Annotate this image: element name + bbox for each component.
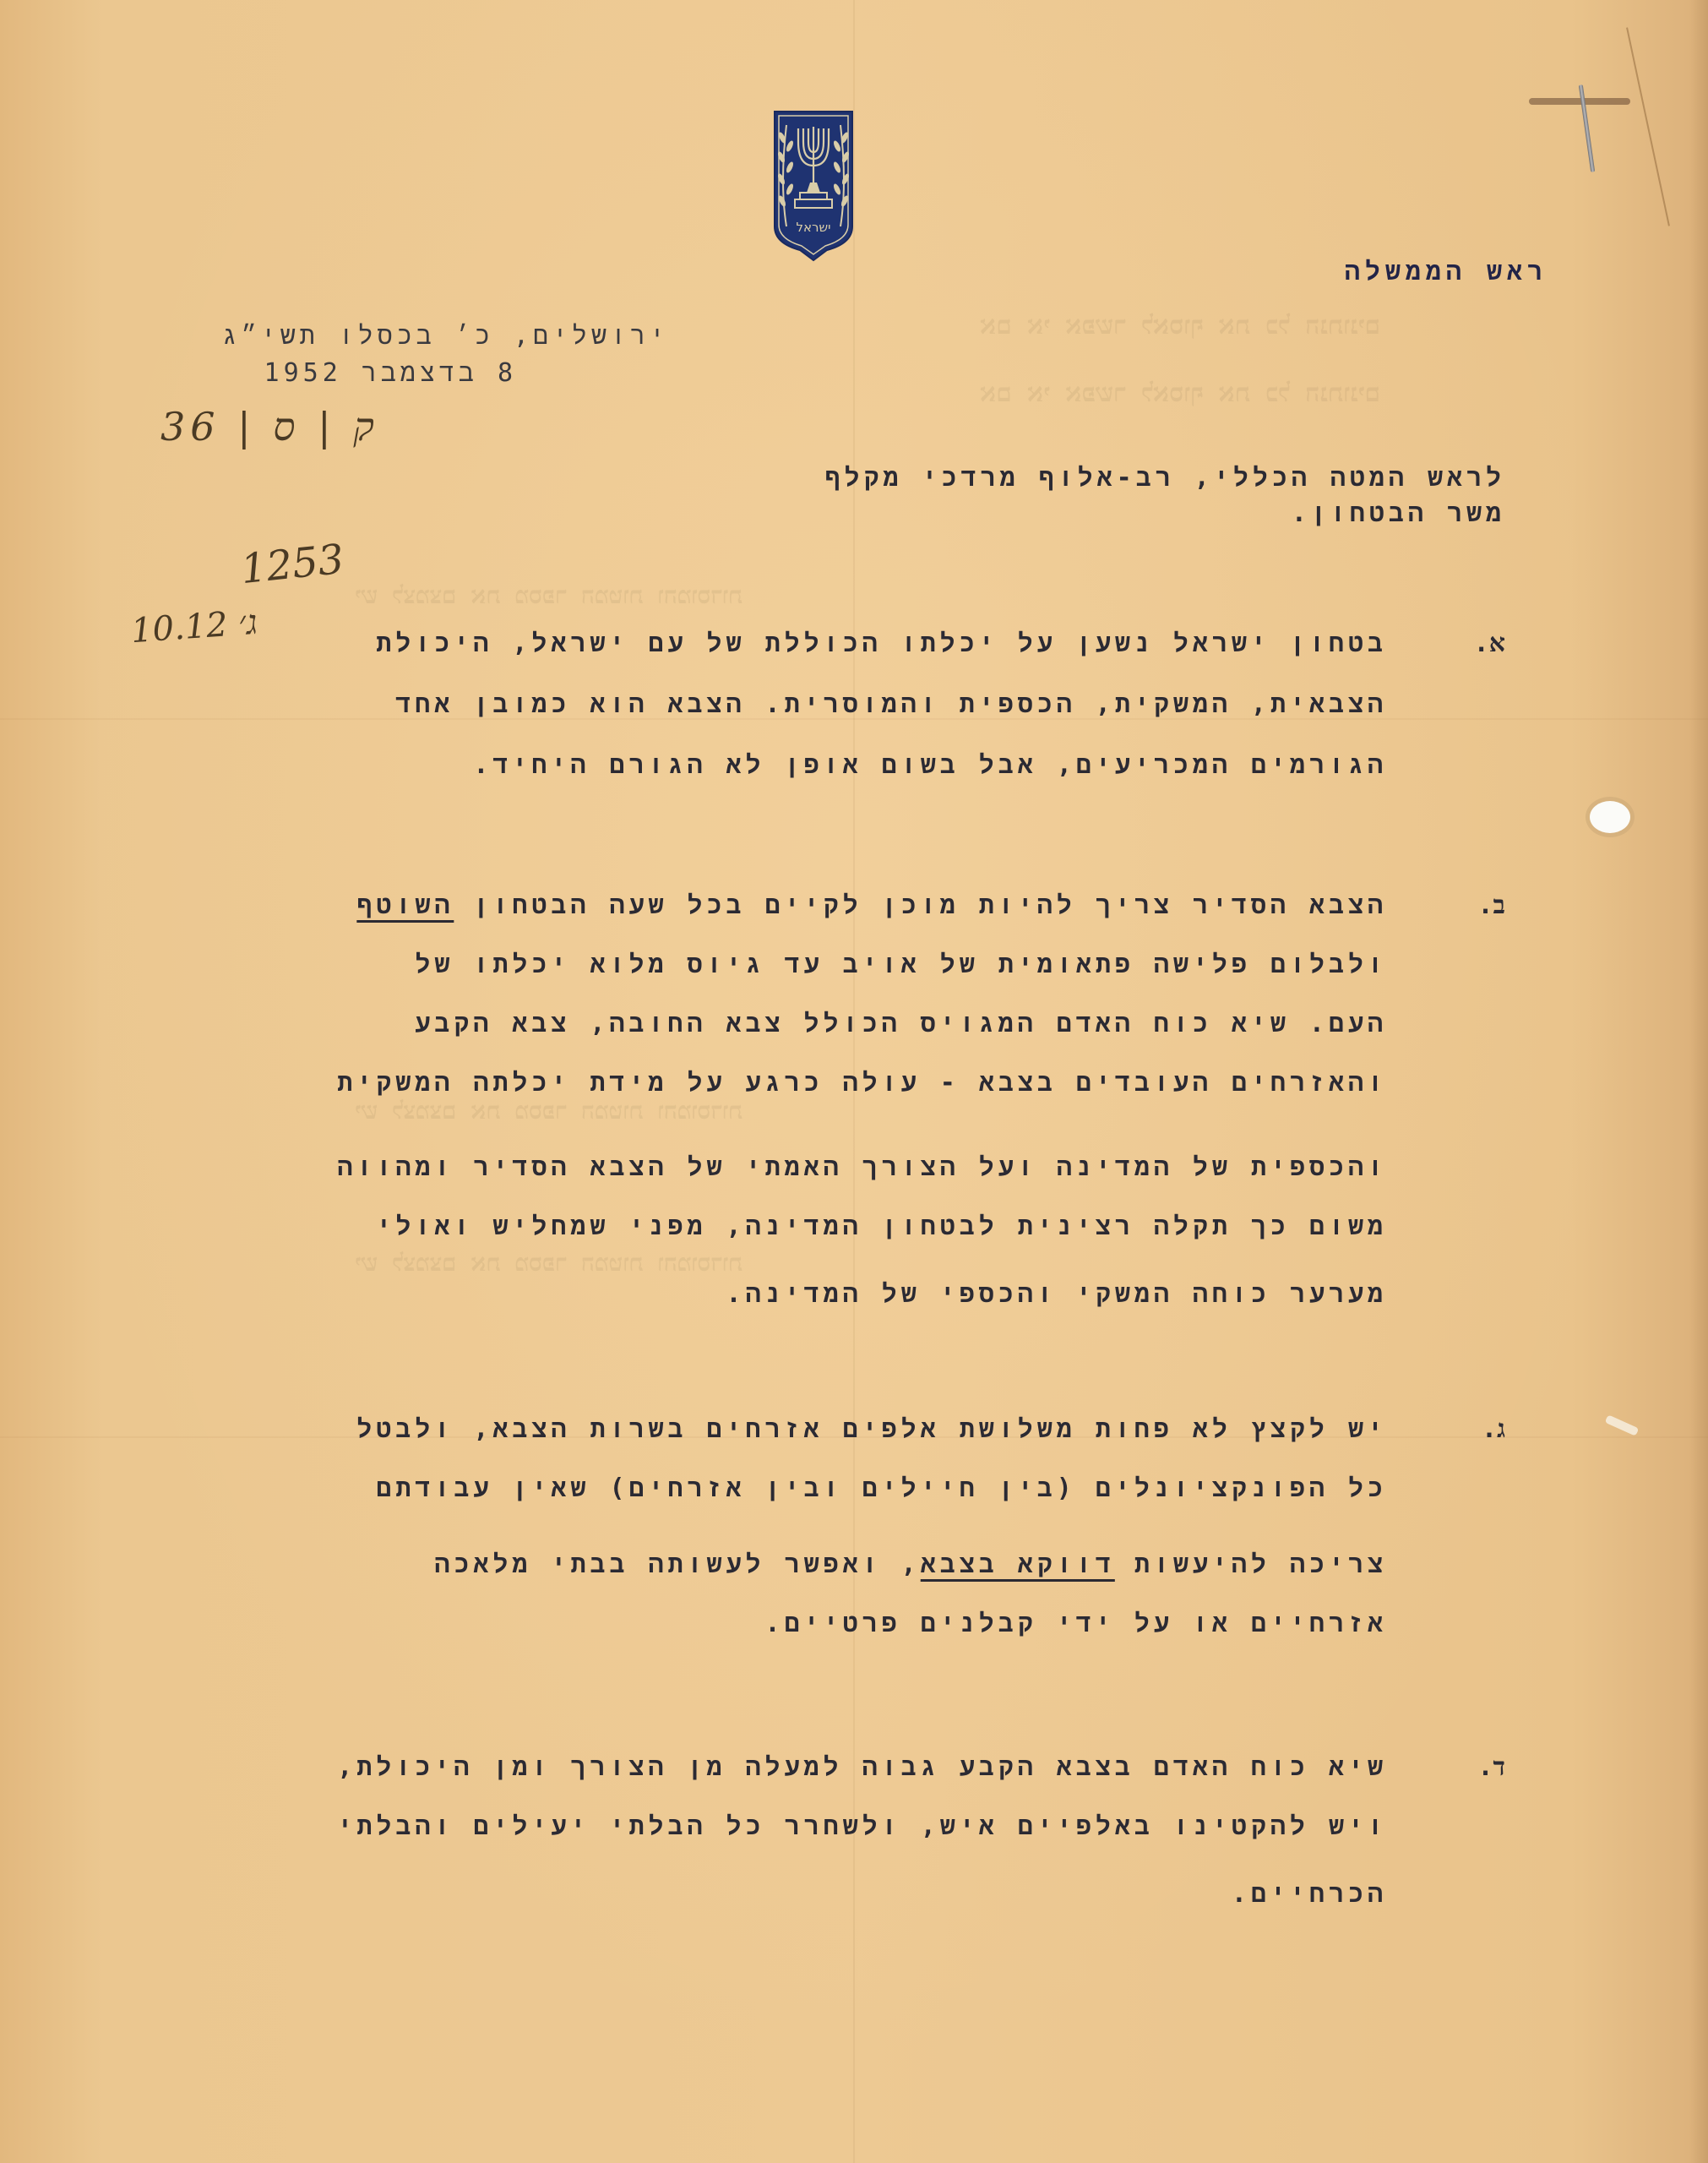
paragraph-b-line: מערער כוחה המשקי והכספי של המדינה. <box>726 1279 1387 1310</box>
paragraph-a-line: בטחון ישראל נשען על יכלתו הכוללת של עם י… <box>376 629 1387 660</box>
underlined-phrase-specifically-in-army: דווקא בצבא <box>921 1550 1115 1579</box>
bleed-through-text: יש לצמצם את מספר המטות והמוסדות <box>355 1249 742 1278</box>
paragraph-a-line: הצבאית, המשקית, הכספית והמוסרית. הצבא הו… <box>395 689 1387 721</box>
paragraph-c-line-3-pre: צריכה להיעשות <box>1115 1550 1387 1579</box>
paragraph-c-line: כל הפונקציונלים (בין חיילים ובין אזרחים)… <box>376 1474 1387 1505</box>
paragraph-d-line: הכרחיים. <box>1232 1879 1387 1910</box>
paragraph-d-line: שיא כוח האדם בצבא הקבע גבוה למעלה מן הצו… <box>337 1752 1387 1784</box>
torn-right-edge <box>1689 0 1708 2163</box>
paragraph-c-line: אזרחיים או על ידי קבלנים פרטיים. <box>765 1609 1387 1640</box>
bleed-through-text: אם אי אפשר לאסוף את כל הנתונים <box>980 379 1380 408</box>
bleed-through-text: יש לצמצם את מספר המטות והמוסדות <box>355 1097 742 1125</box>
paragraph-d-line: ויש להקטינו באלפיים איש, ולשחרר כל הבלתי… <box>337 1812 1387 1843</box>
paragraph-c-line-3: צריכה להיעשות דווקא בצבא, ואפשר לעשותה ב… <box>434 1550 1387 1581</box>
paragraph-c-line: יש לקצץ לא פחות משלושת אלפים אזרחים בשרו… <box>356 1414 1387 1446</box>
paragraph-b-line: והכספית של המדינה ועל הצורך האמתי של הצב… <box>337 1152 1387 1184</box>
addressee-line-1: לראש המטה הכללי, רב-אלוף מרדכי מקלף <box>824 463 1505 494</box>
svg-text:ישראל: ישראל <box>796 220 830 235</box>
paragraph-c-line-3-post: , ואפשר לעשותה בבתי מלאכה <box>434 1550 920 1579</box>
paragraph-marker-a: א. <box>1474 629 1505 658</box>
paragraph-b-line: ולבלום פלישה פתאומית של אויב עד גיוס מלו… <box>415 950 1387 981</box>
bleed-through-text: יש לצמצם את מספר המטות והמוסדות <box>355 581 742 610</box>
paragraph-b-line: העם. שיא כוח האדם המגויס הכולל צבא החובה… <box>415 1009 1387 1040</box>
staple-mark <box>1529 98 1630 105</box>
paragraph-b-line: משום כך תקלה רצינית לבטחון המדינה, מפני … <box>376 1212 1387 1243</box>
letterhead-office: ראש הממשלה <box>1345 257 1548 288</box>
hebrew-date: ירושלים, כ׳ בכסלו תשי״ג <box>222 321 669 352</box>
addressee-line-2: משר הבטחון. <box>1292 499 1505 530</box>
paragraph-marker-c: ג. <box>1482 1414 1505 1444</box>
paragraph-b-line: והאזרחים העובדים בצבא - עולה כרגע על מיד… <box>337 1068 1387 1099</box>
paragraph-a-line: הגורמים המכריעים, אבל בשום אופן לא הגורם… <box>473 750 1387 782</box>
handwritten-file-reference: ק | ס | 36 <box>160 404 379 449</box>
paragraph-marker-d: ד. <box>1478 1752 1506 1782</box>
underlined-word-current: השוטף <box>356 891 454 920</box>
paragraph-b-line-1-text: הצבא הסדיר צריך להיות מוכן לקיים בכל שעה… <box>454 891 1387 920</box>
paragraph-b-line-1: הצבא הסדיר צריך להיות מוכן לקיים בכל שעה… <box>356 891 1387 922</box>
punch-hole <box>1590 801 1630 833</box>
paragraph-marker-b: ב. <box>1477 891 1505 920</box>
bleed-through-text: אם אי אפשר לאסוף את כל הנתונים <box>980 311 1380 341</box>
gregorian-date: 8 בדצמבר 1952 <box>264 358 517 390</box>
state-of-israel-emblem-icon: ישראל <box>771 108 856 262</box>
